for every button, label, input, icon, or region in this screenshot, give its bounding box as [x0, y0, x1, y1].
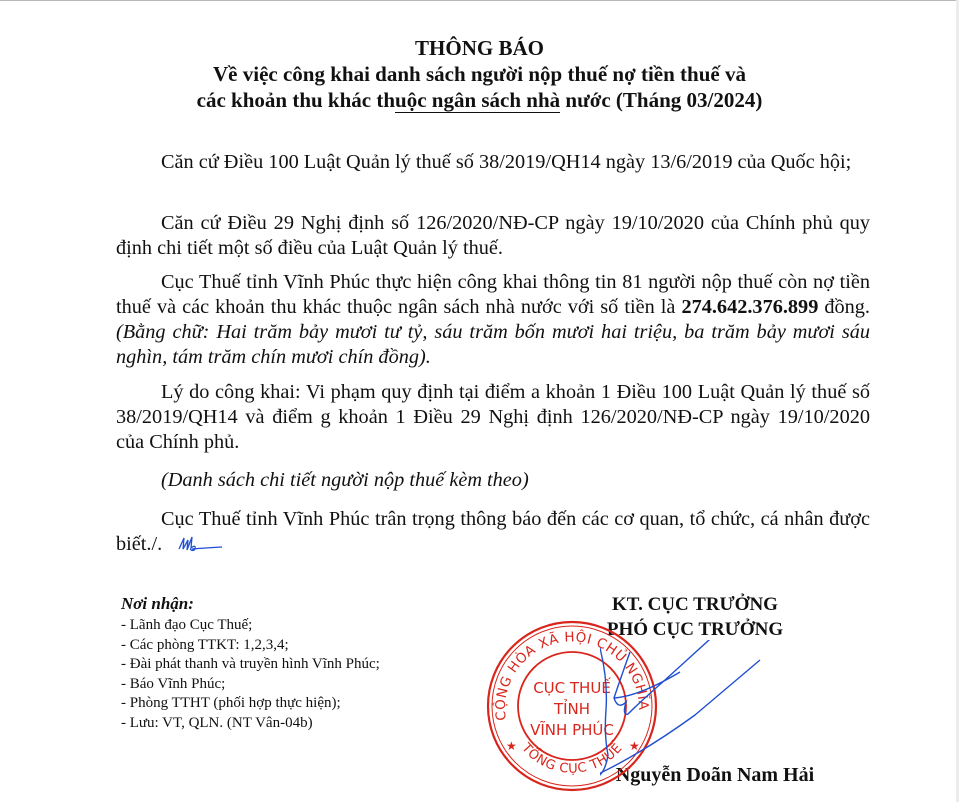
- paragraph-attachment-note: (Danh sách chi tiết người nộp thuế kèm t…: [116, 468, 870, 493]
- currency-text: đồng.: [818, 296, 870, 318]
- document-subtitle-line2: các khoản thu khác thuộc ngân sách nhà n…: [0, 88, 959, 113]
- recipient-item: - Lãnh đạo Cục Thuế;: [121, 616, 380, 636]
- seal-star-icon: ★: [506, 739, 517, 753]
- recipient-item: - Phòng TTHT (phối hợp thực hiện);: [121, 694, 380, 714]
- handwritten-signature-icon: [600, 640, 860, 790]
- subtitle-text: các khoản thu khác th: [197, 88, 395, 112]
- recipients-list: Nơi nhận: - Lãnh đạo Cục Thuế; - Các phò…: [121, 594, 380, 733]
- subtitle-underlined-text: uộc ngân sách nhà: [395, 88, 560, 113]
- recipient-item: - Lưu: VT, QLN. (NT Vân-04b): [121, 714, 380, 734]
- signer-title-line1: KT. CỤC TRƯỞNG: [540, 594, 850, 616]
- paragraph-legal-basis-2: Căn cứ Điều 29 Nghị định số 126/2020/NĐ-…: [116, 211, 870, 261]
- recipient-item: - Đài phát thanh và truyền hình Vĩnh Phú…: [121, 655, 380, 675]
- document-page: THÔNG BÁO Về việc công khai danh sách ng…: [0, 0, 959, 802]
- paragraph-closing: Cục Thuế tỉnh Vĩnh Phúc trân trọng thông…: [116, 507, 870, 557]
- paragraph-legal-basis-1: Căn cứ Điều 100 Luật Quản lý thuế số 38/…: [116, 150, 870, 175]
- document-subtitle-line1: Về việc công khai danh sách người nộp th…: [0, 62, 959, 87]
- recipient-item: - Báo Vĩnh Phúc;: [121, 675, 380, 695]
- amount-in-words: (Bằng chữ: Hai trăm bảy mươi tư tỷ, sáu …: [116, 321, 870, 368]
- closing-text: Cục Thuế tỉnh Vĩnh Phúc trân trọng thông…: [116, 508, 870, 555]
- initials-signature-icon: [176, 534, 226, 554]
- seal-center-line2: TỈNH: [553, 698, 590, 718]
- document-title: THÔNG BÁO: [0, 36, 959, 61]
- subtitle-text: nước (Tháng 03/2024): [560, 88, 762, 112]
- recipients-title: Nơi nhận:: [121, 594, 380, 614]
- recipient-item: - Các phòng TTKT: 1,2,3,4;: [121, 636, 380, 656]
- paragraph-reason: Lý do công khai: Vi phạm quy định tại đi…: [116, 380, 870, 455]
- paragraph-disclosure: Cục Thuế tỉnh Vĩnh Phúc thực hiện công k…: [116, 270, 870, 370]
- debt-amount: 274.642.376.899: [681, 296, 818, 318]
